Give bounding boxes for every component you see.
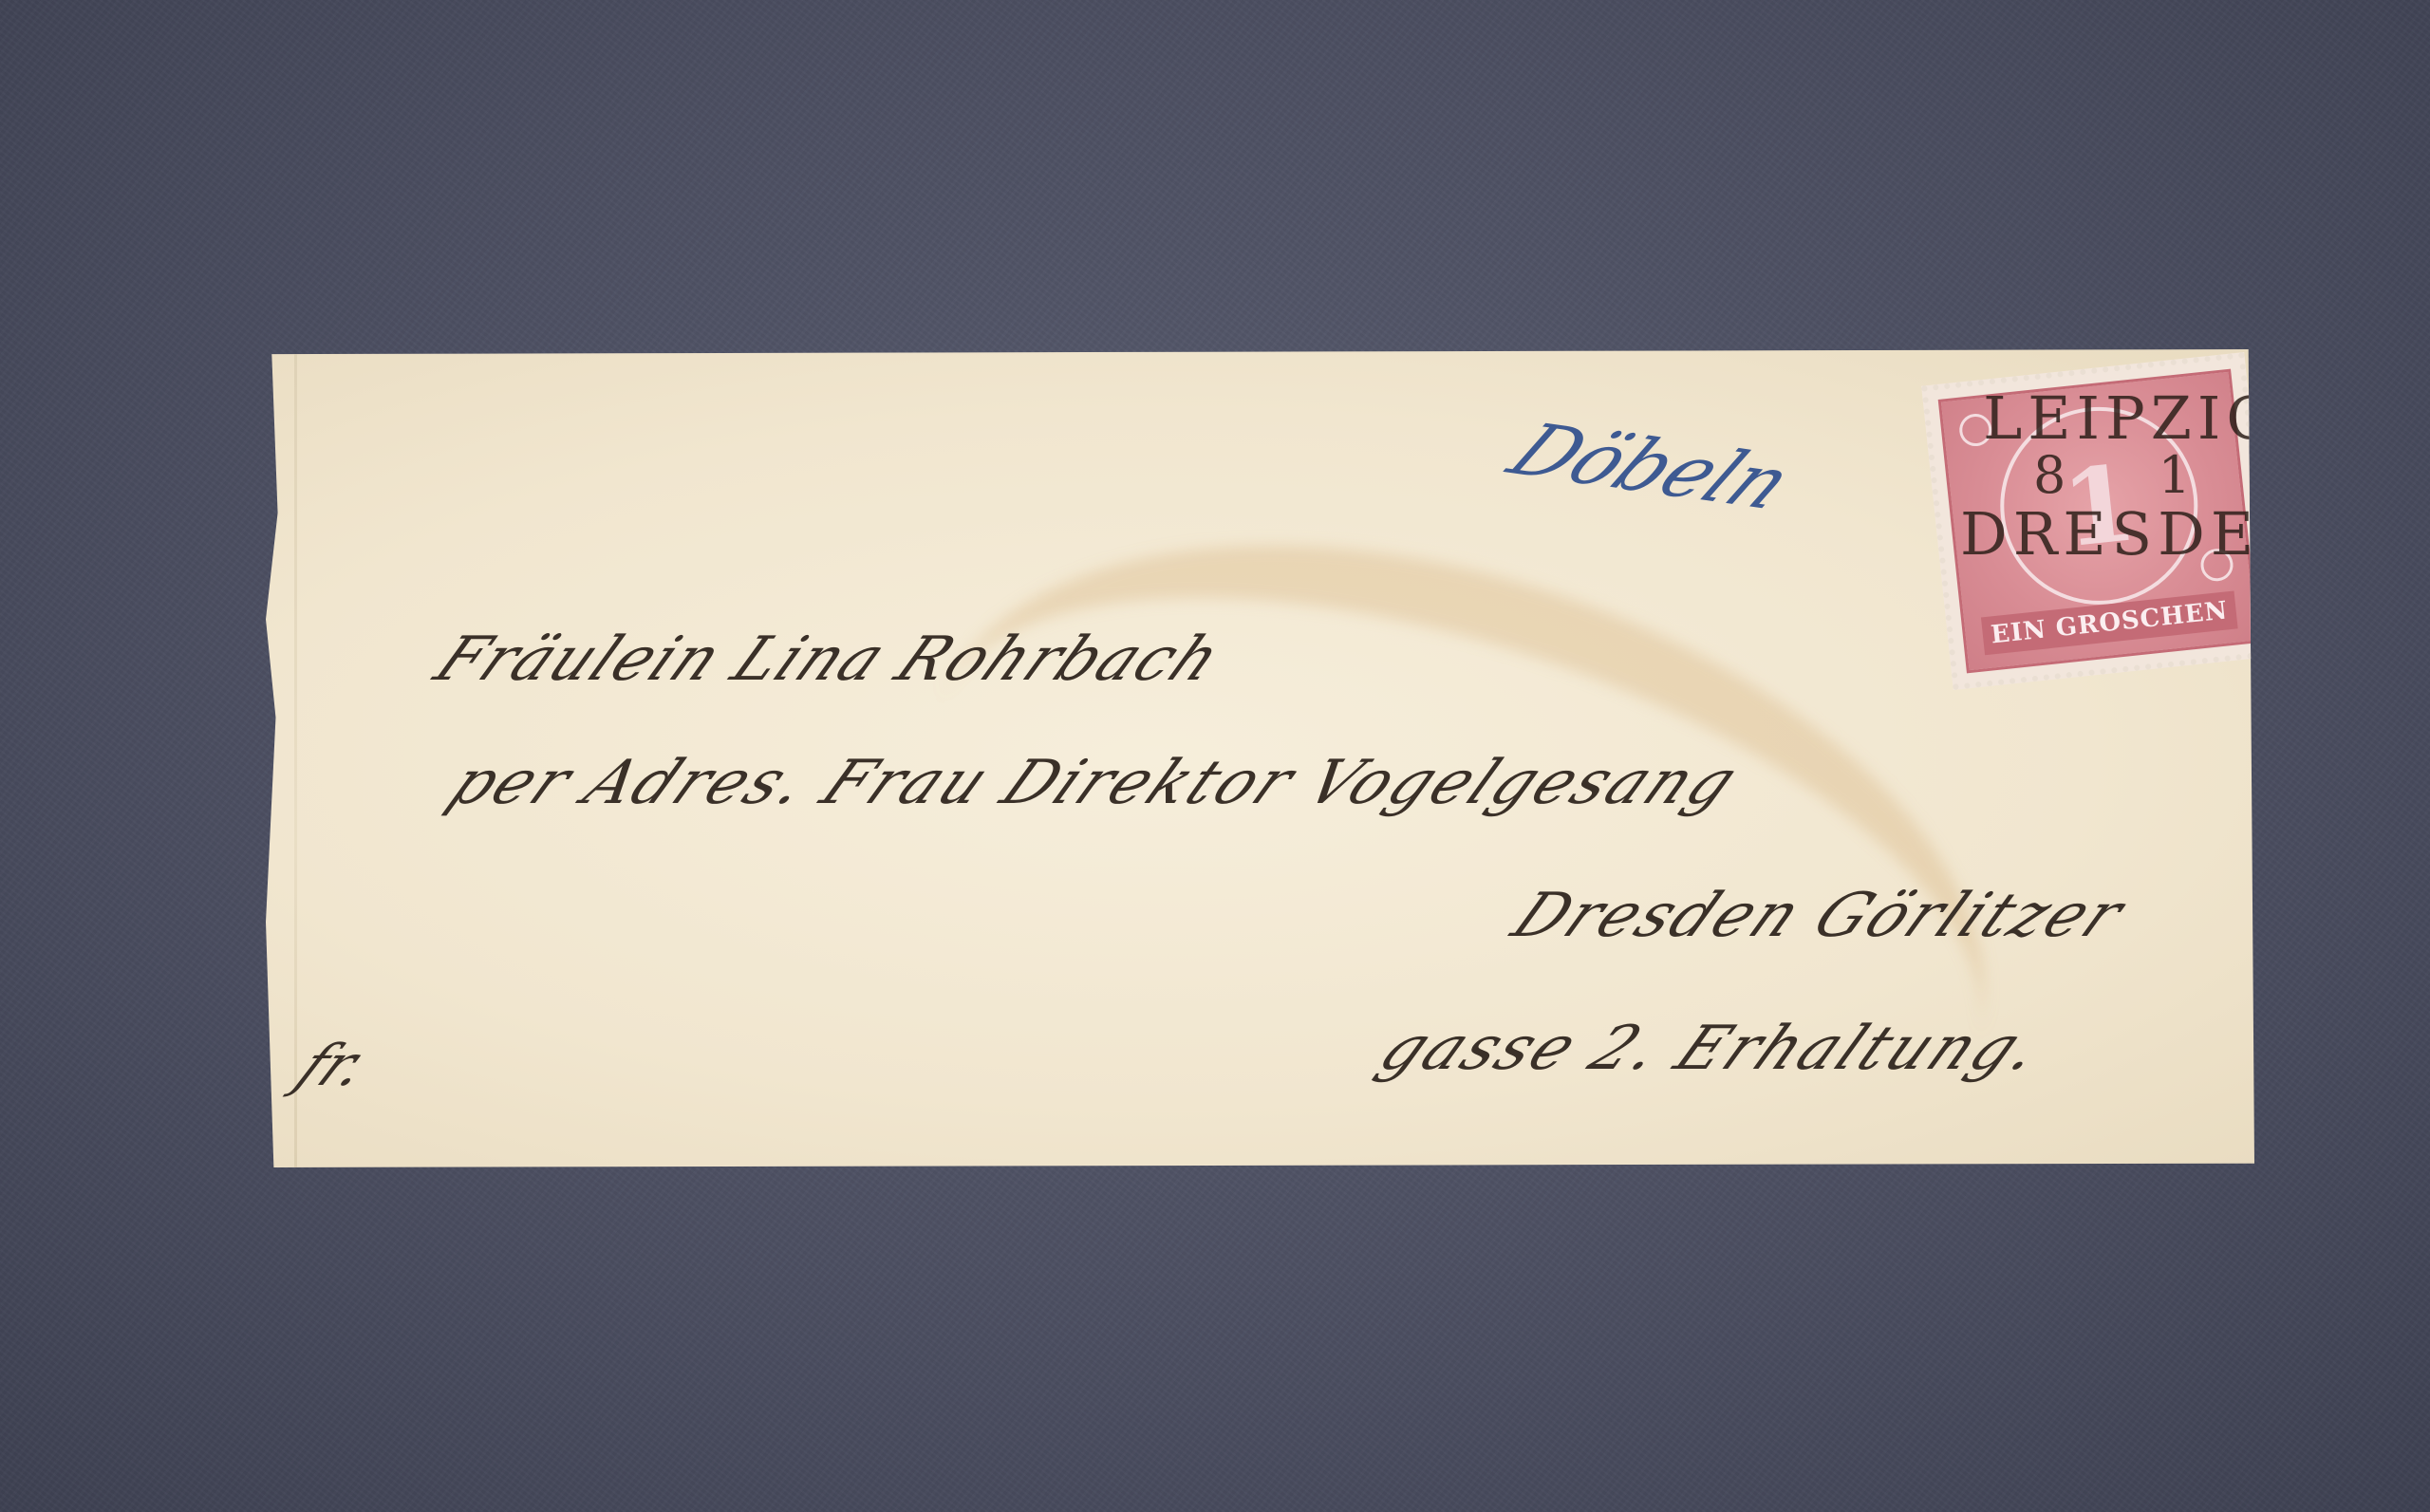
franco-mark: fr.: [285, 1033, 383, 1099]
envelope: Döbeln Fräulein Lina Rohrbach per Adres.…: [266, 349, 2254, 1167]
address-line-city: Dresden Görlitzer: [1500, 881, 2138, 951]
fold-line: [294, 349, 297, 1167]
address-line-recipient: Fräulein Lina Rohrbach: [422, 625, 1235, 695]
address-line-care-of: per Adres. Frau Direktor Vogelgesang: [437, 748, 1751, 818]
blue-ink-annotation: Döbeln: [1493, 409, 1808, 525]
address-line-street: gasse 2. Erhaltung.: [1367, 1014, 2057, 1084]
